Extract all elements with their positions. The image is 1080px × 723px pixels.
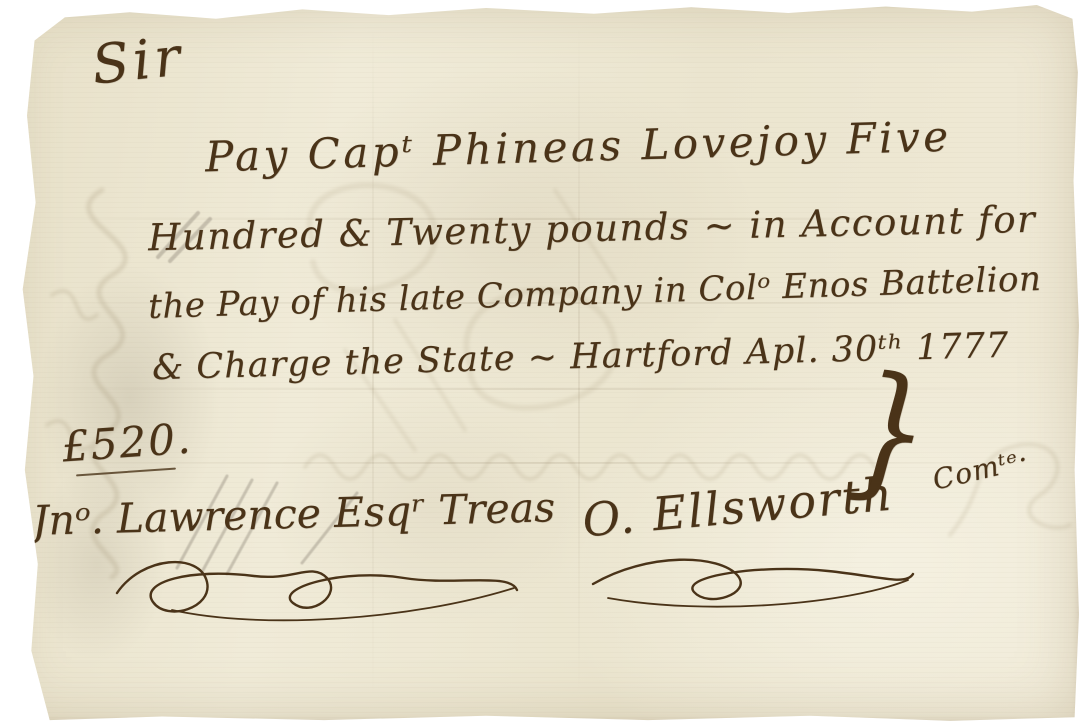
amount-figure: £520. <box>61 418 194 469</box>
addressee-line: Jnᵒ. Lawrence Esqʳ Treas <box>32 487 556 542</box>
document-scan: Sir Pay Capᵗ Phineas Lovejoy Five Hundre… <box>0 0 1080 723</box>
flourish-under-addressee <box>112 548 522 633</box>
signature-brace: } <box>845 356 936 507</box>
document-paper: Sir Pay Capᵗ Phineas Lovejoy Five Hundre… <box>0 0 1080 723</box>
salutation: Sir <box>89 29 186 92</box>
body-line-1: Pay Capᵗ Phineas Lovejoy Five <box>205 116 953 179</box>
flourish-under-signature <box>588 546 918 612</box>
